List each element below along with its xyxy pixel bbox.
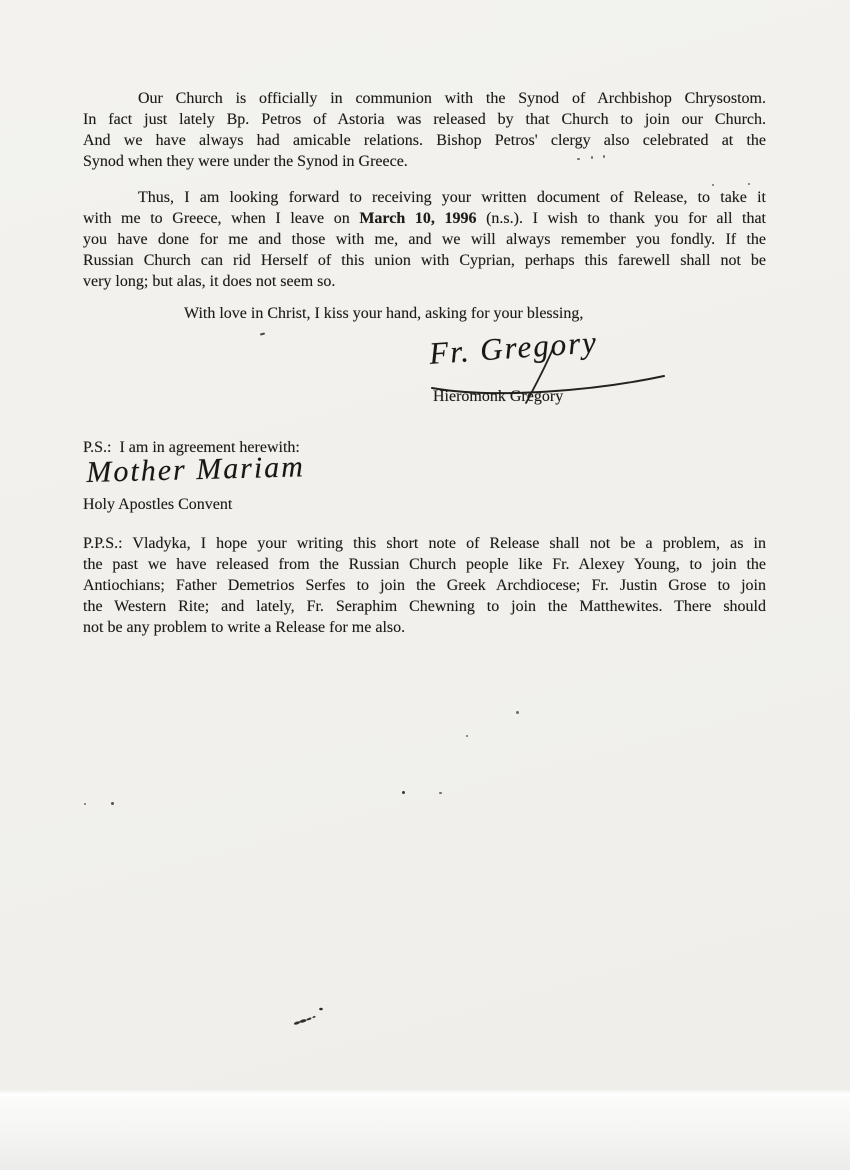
paper-bottom-edge xyxy=(0,1090,850,1098)
ink-speck xyxy=(603,155,605,158)
ink-smudge xyxy=(290,1000,336,1030)
mother-mariam-signature: Mother Mariam xyxy=(86,450,305,490)
ink-speck xyxy=(748,183,750,185)
text-line: very long; but alas, it does not seem so… xyxy=(83,271,766,292)
ink-speck xyxy=(591,156,593,159)
text-line: And we have always had amicable relation… xyxy=(83,130,766,151)
ink-speck xyxy=(577,158,580,160)
scanned-letter-page: Our Church is officially in communion wi… xyxy=(0,0,850,1170)
text-line: Synod when they were under the Synod in … xyxy=(83,151,766,172)
text-line: P.P.S.: Vladyka, I hope your writing thi… xyxy=(83,533,766,554)
ink-speck xyxy=(402,791,405,794)
text-line: Russian Church can rid Herself of this u… xyxy=(83,250,766,271)
convent-line: Holy Apostles Convent xyxy=(83,494,232,515)
ink-speck xyxy=(712,184,714,186)
text-line: Thus, I am looking forward to receiving … xyxy=(83,187,766,208)
paragraph-pps: P.P.S.: Vladyka, I hope your writing thi… xyxy=(83,533,766,638)
text-line: with me to Greece, when I leave on March… xyxy=(83,208,766,229)
paragraph-communion: Our Church is officially in communion wi… xyxy=(83,88,766,172)
ink-speck xyxy=(466,735,468,737)
text-line: Antiochians; Father Demetrios Serfes to … xyxy=(83,575,766,596)
text-line: not be any problem to write a Release fo… xyxy=(83,617,766,638)
text-line: the past we have released from the Russi… xyxy=(83,554,766,575)
ink-speck xyxy=(439,792,442,794)
ink-speck xyxy=(111,802,114,805)
ink-speck xyxy=(516,711,519,714)
text-line: you have done for me and those with me, … xyxy=(83,229,766,250)
text-line: the Western Rite; and lately, Fr. Seraph… xyxy=(83,596,766,617)
scanner-background xyxy=(0,1098,850,1170)
text-line: Our Church is officially in communion wi… xyxy=(83,88,766,109)
text-line: In fact just lately Bp. Petros of Astori… xyxy=(83,109,766,130)
paragraph-release-request: Thus, I am looking forward to receiving … xyxy=(83,187,766,292)
typed-signature-name: Hieromonk Gregory xyxy=(433,386,563,407)
ink-speck xyxy=(84,803,86,805)
closing-salutation: With love in Christ, I kiss your hand, a… xyxy=(184,303,583,324)
